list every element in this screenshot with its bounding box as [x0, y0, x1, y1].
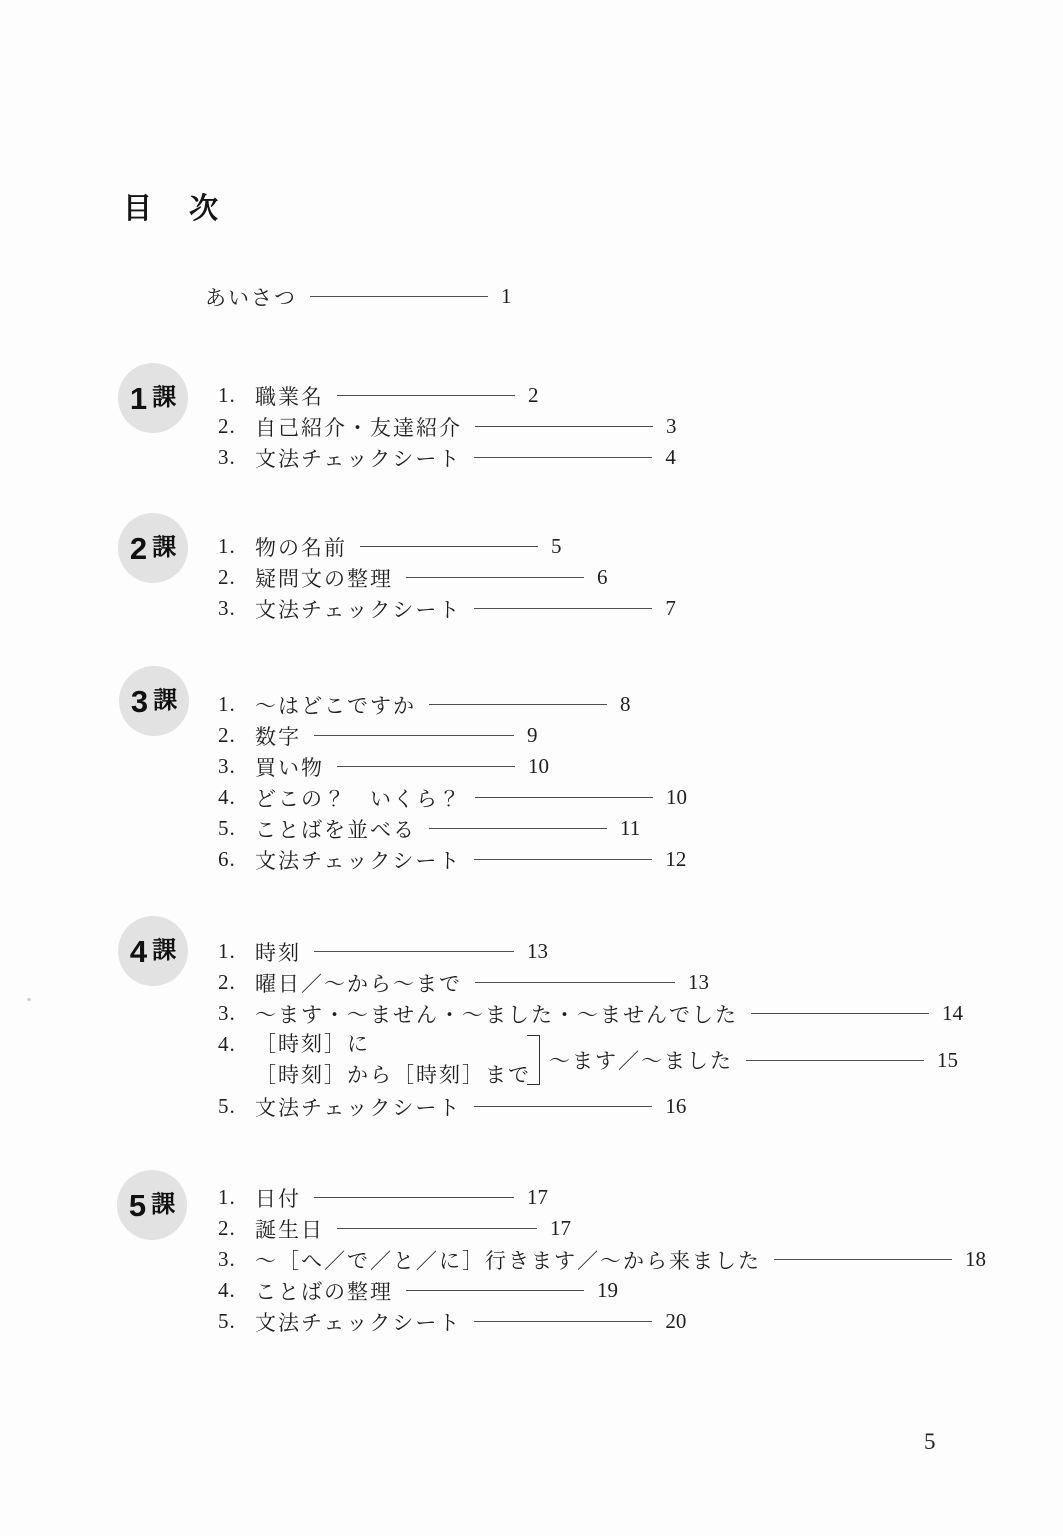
toc-entry: 4. ことばの整理 19	[218, 1275, 987, 1306]
entry-number: 1.	[218, 939, 255, 964]
toc-entry: 3. ～［へ／で／と／に］行きます／～から来ました 18	[218, 1244, 987, 1275]
entry-number: 3.	[218, 754, 255, 779]
toc-entry: 1. ～はどこですか 8	[218, 689, 688, 720]
entry-page: 16	[665, 1094, 687, 1119]
entry-label: 文法チェックシート	[255, 1307, 461, 1337]
entry-number: 1.	[218, 383, 255, 408]
entry-label: ～［へ／で／と／に］行きます／～から来ました	[255, 1245, 761, 1275]
leader-line	[474, 608, 652, 609]
leader-line	[337, 766, 515, 767]
entry-label: ことばを並べる	[255, 814, 416, 844]
leader-line	[314, 1197, 514, 1198]
toc-entry: 3. 買い物 10	[218, 751, 688, 782]
toc-entry: 6. 文法チェックシート 12	[218, 844, 688, 875]
entry-label: ～はどこですか	[255, 690, 416, 720]
lesson-badge-3: 3 課	[119, 666, 189, 736]
entry-page: 3	[666, 414, 688, 439]
badge-number: 1	[130, 383, 147, 414]
toc-entry: 5. 文法チェックシート 20	[218, 1306, 987, 1337]
entry-label: 文法チェックシート	[255, 443, 461, 473]
toc-entry: 3. 文法チェックシート 7	[218, 593, 687, 624]
entry-number: 4.	[218, 785, 255, 810]
entry-label: 職業名	[255, 381, 324, 411]
entry-label: 日付	[255, 1183, 301, 1213]
leader-line	[774, 1259, 952, 1260]
entry-number: 5.	[218, 1094, 255, 1119]
entry-number: 4.	[218, 1278, 255, 1303]
lesson-3-items: 1. ～はどこですか 8 2. 数字 9 3. 買い物 10 4. どこの？ い…	[218, 689, 688, 875]
entry-label: 誕生日	[255, 1214, 324, 1244]
entry-number: 6.	[218, 847, 255, 872]
entry-page: 1	[501, 284, 523, 309]
entry-page: 7	[665, 596, 687, 621]
entry-number: 2.	[218, 723, 255, 748]
entry-page: 13	[688, 970, 710, 995]
leader-line	[337, 1228, 537, 1229]
lesson-2-items: 1. 物の名前 5 2. 疑問文の整理 6 3. 文法チェックシート 7	[218, 531, 687, 624]
badge-suffix: 課	[152, 536, 176, 560]
badge-suffix: 課	[152, 386, 176, 410]
toc-page: { "document": { "title": "目 次", "footer_…	[0, 0, 1063, 1536]
entry-page: 14	[942, 1001, 964, 1026]
leader-line	[314, 735, 514, 736]
badge-number: 4	[130, 936, 147, 967]
entry-page: 19	[597, 1278, 619, 1303]
entry-label: 物の名前	[255, 532, 347, 562]
entry-page: 11	[620, 816, 642, 841]
toc-entry: 2. 自己紹介・友達紹介 3	[218, 411, 688, 442]
toc-entry: 1. 日付 17	[218, 1182, 987, 1213]
entry-page: 20	[665, 1309, 687, 1334]
toc-entry: 2. 誕生日 17	[218, 1213, 987, 1244]
toc-entry: 2. 数字 9	[218, 720, 688, 751]
leader-line	[751, 1013, 929, 1014]
entry-page: 13	[527, 939, 549, 964]
lesson-5-items: 1. 日付 17 2. 誕生日 17 3. ～［へ／で／と／に］行きます／～から…	[218, 1182, 987, 1337]
entry-page: 5	[551, 534, 573, 559]
leader-line	[360, 546, 538, 547]
toc-entry: 1. 職業名 2	[218, 380, 688, 411]
badge-number: 2	[130, 533, 147, 564]
toc-entry: 5. 文法チェックシート 16	[218, 1091, 964, 1122]
toc-entry: 5. ことばを並べる 11	[218, 813, 688, 844]
lesson-badge-4: 4 課	[118, 916, 188, 986]
entry-number: 5.	[218, 816, 255, 841]
badge-number: 5	[129, 1190, 146, 1221]
entry-number: 1.	[218, 534, 255, 559]
leader-line	[406, 577, 584, 578]
entry-label: あいさつ	[205, 282, 297, 312]
entry-number: 3.	[218, 1001, 255, 1026]
entry-page: 9	[527, 723, 549, 748]
entry-label: 買い物	[255, 752, 324, 782]
toc-entry: 2. 曜日／～から～まで 13	[218, 967, 964, 998]
lesson-badge-2: 2 課	[118, 513, 188, 583]
entry-label-line2: ［時刻］から［時刻］まで	[255, 1060, 531, 1091]
entry-page: 17	[550, 1216, 572, 1241]
lesson-4-items: 1. 時刻 13 2. 曜日／～から～まで 13 3. ～ます・～ません・～まし…	[218, 936, 964, 1122]
entry-label: 疑問文の整理	[255, 563, 393, 593]
entry-label-line1: ［時刻］に	[255, 1029, 531, 1060]
grouping-bracket	[527, 1035, 540, 1085]
entry-label: ～ます・～ません・～ました・～ませんでした	[255, 999, 738, 1029]
entry-number: 2.	[218, 1216, 255, 1241]
lesson-badge-1: 1 課	[118, 363, 188, 433]
entry-label: 自己紹介・友達紹介	[255, 412, 462, 442]
entry-number: 4.	[218, 1029, 255, 1060]
leader-line	[474, 1106, 652, 1107]
entry-page: 2	[528, 383, 550, 408]
entry-page: 10	[528, 754, 550, 779]
leader-line	[337, 395, 515, 396]
entry-label: どこの？ いくら？	[255, 783, 462, 813]
entry-number: 2.	[218, 414, 255, 439]
leader-line	[475, 426, 653, 427]
entry-number: 3.	[218, 445, 255, 470]
leader-line	[429, 828, 607, 829]
leader-line	[474, 859, 652, 860]
entry-number: 3.	[218, 596, 255, 621]
toc-entry: 3. ～ます・～ません・～ました・～ませんでした 14	[218, 998, 964, 1029]
scan-speck	[27, 998, 31, 1001]
toc-entry: 3. 文法チェックシート 4	[218, 442, 688, 473]
entry-page: 17	[527, 1185, 549, 1210]
entry-number: 5.	[218, 1309, 255, 1334]
entry-page: 15	[937, 1048, 959, 1073]
badge-suffix: 課	[153, 689, 177, 713]
bracket-lines: ［時刻］に ［時刻］から［時刻］まで	[255, 1029, 531, 1091]
leader-line	[310, 296, 488, 297]
entry-number: 2.	[218, 970, 255, 995]
leader-line	[429, 704, 607, 705]
toc-entry: 4. どこの？ いくら？ 10	[218, 782, 688, 813]
leader-line	[475, 982, 675, 983]
page-title: 目 次	[123, 186, 222, 227]
entry-page: 10	[666, 785, 688, 810]
entry-label: 曜日／～から～まで	[255, 968, 462, 998]
intro-entry: あいさつ 1	[205, 281, 523, 312]
toc-entry: 2. 疑問文の整理 6	[218, 562, 687, 593]
leader-line	[406, 1290, 584, 1291]
leader-line	[314, 951, 514, 952]
entry-label: 文法チェックシート	[255, 845, 461, 875]
entry-page: 6	[597, 565, 619, 590]
entry-page: 12	[665, 847, 687, 872]
entry-label: 数字	[255, 721, 301, 751]
entry-page: 18	[965, 1247, 987, 1272]
toc-entry: 1. 物の名前 5	[218, 531, 687, 562]
entry-page: 8	[620, 692, 642, 717]
entry-label: ことばの整理	[255, 1276, 393, 1306]
entry-number: 2.	[218, 565, 255, 590]
badge-suffix: 課	[151, 1193, 175, 1217]
entry-joined-label: ～ます／～ました	[549, 1045, 733, 1075]
badge-number: 3	[131, 686, 148, 717]
badge-suffix: 課	[152, 939, 176, 963]
toc-entry-bracketed: 4. ［時刻］に ［時刻］から［時刻］まで ～ます／～ました 15	[218, 1029, 964, 1091]
leader-line	[474, 1321, 652, 1322]
lesson-badge-5: 5 課	[117, 1170, 187, 1240]
entry-label: 文法チェックシート	[255, 1092, 461, 1122]
leader-line	[474, 457, 652, 458]
entry-number: 1.	[218, 692, 255, 717]
footer-page-number: 5	[924, 1429, 936, 1455]
entry-page: 4	[665, 445, 687, 470]
leader-line	[746, 1060, 924, 1061]
lesson-1-items: 1. 職業名 2 2. 自己紹介・友達紹介 3 3. 文法チェックシート 4	[218, 380, 688, 473]
entry-number: 3.	[218, 1247, 255, 1272]
entry-number: 1.	[218, 1185, 255, 1210]
entry-label: 文法チェックシート	[255, 594, 461, 624]
entry-label: 時刻	[255, 937, 301, 967]
toc-entry: 1. 時刻 13	[218, 936, 964, 967]
leader-line	[475, 797, 653, 798]
